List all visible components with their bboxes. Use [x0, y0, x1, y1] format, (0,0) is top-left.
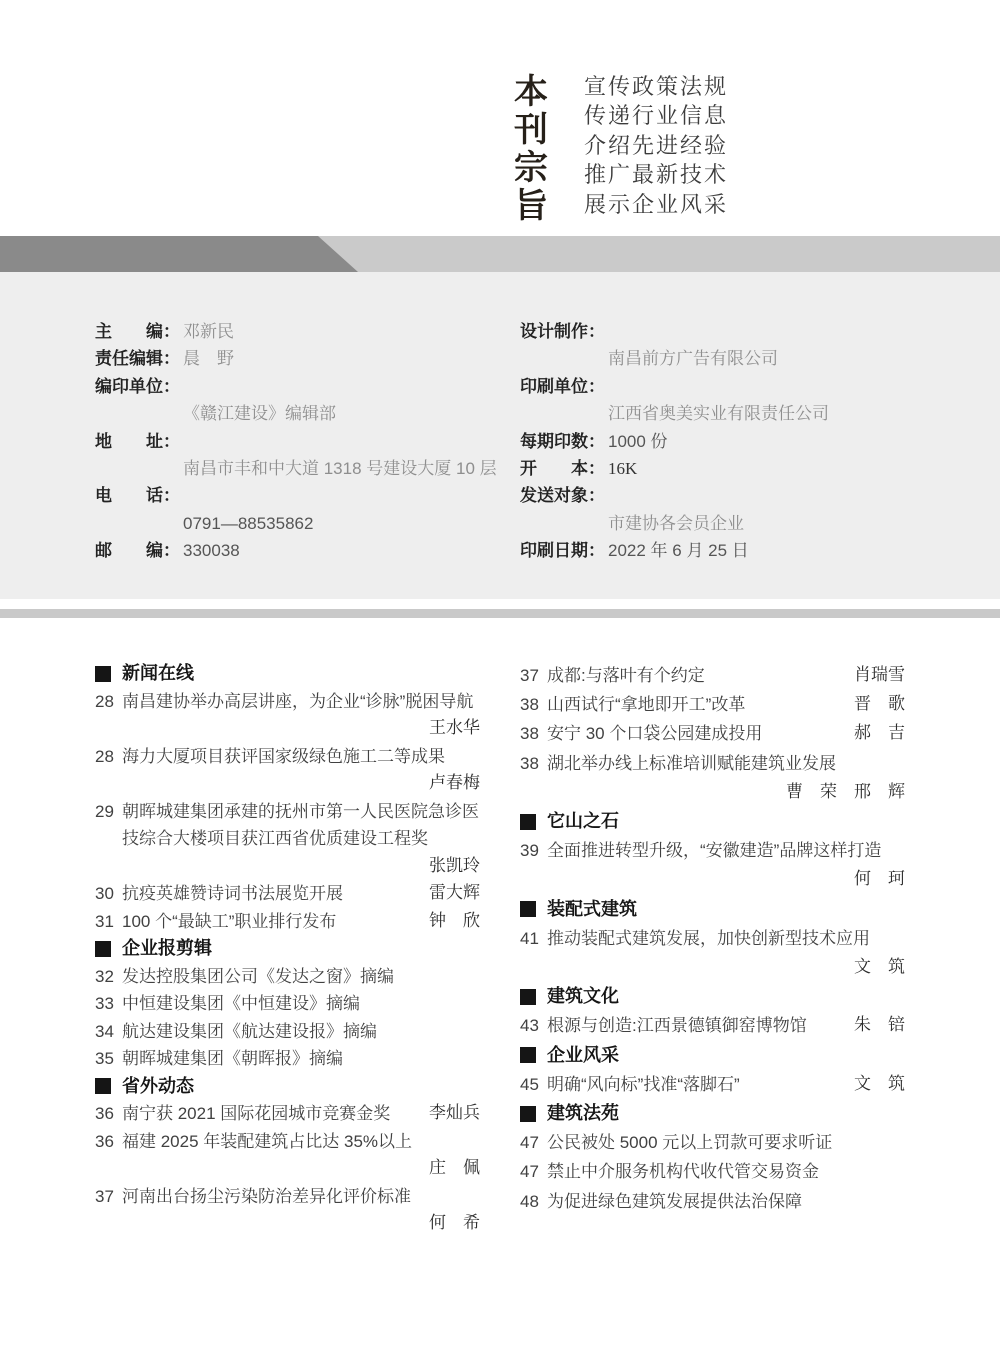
masthead-value: 南昌前方广告有限公司 — [608, 349, 778, 368]
masthead-value: 南昌市丰和中大道 1318 号建设大厦 10 层 — [183, 459, 497, 478]
toc-entry: 35朝晖城建集团《朝晖报》摘编 — [95, 1045, 480, 1073]
entry-title: 航达建设集团《航达建设报》摘编 — [122, 1018, 480, 1046]
entry-title: 中恒建设集团《中恒建设》摘编 — [122, 990, 480, 1018]
section-square-icon — [520, 901, 536, 917]
section-square-icon — [95, 666, 111, 682]
masthead-left-column: 主 编：邓新民责任编辑：晨 野编印单位：《赣江建设》编辑部地 址：南昌市丰和中大… — [95, 318, 505, 565]
section-square-icon — [95, 941, 111, 957]
page-number: 35 — [95, 1045, 122, 1073]
entry-title: 湖北举办线上标准培训赋能建筑业发展 — [547, 749, 905, 778]
masthead-row-value: 江西省奥美实业有限责任公司 — [520, 400, 950, 427]
entry-author: 李灿兵 — [429, 1100, 480, 1128]
toc-entry: 47禁止中介服务机构代收代管交易资金 — [520, 1157, 905, 1186]
toc-entry: 37河南出台扬尘污染防治差异化评价标准 — [95, 1183, 480, 1211]
toc-entry: 32发达控股集团公司《发达之窗》摘编 — [95, 963, 480, 991]
toc-entry: 45明确“风向标”找准“落脚石”文 筑 — [520, 1070, 905, 1099]
masthead-label: 邮 编： — [95, 541, 180, 560]
toc-entry: 28南昌建协举办高层讲座，为企业“诊脉”脱困导航 — [95, 688, 480, 716]
masthead-right-column: 设计制作：南昌前方广告有限公司印刷单位：江西省奥美实业有限责任公司每期印数：10… — [520, 318, 950, 565]
toc-section-header: 装配式建筑 — [520, 895, 905, 924]
entry-title: 安宁 30 个口袋公园建成投用 — [547, 719, 848, 748]
page-number: 47 — [520, 1157, 547, 1186]
motto-title-char: 宗 — [514, 150, 548, 186]
masthead-label: 电 话： — [95, 486, 180, 505]
toc-section-header: 企业报剪辑 — [95, 935, 480, 963]
toc-right-column: 37成都:与落叶有个约定肖瑞雪38山西试行“拿地即开工”改革晋 歌38安宁 30… — [520, 661, 905, 1216]
entry-title: 朝晖城建集团承建的抚州市第一人民医院急诊医技综合大楼项目获江西省优质建设工程奖 — [122, 798, 480, 853]
toc-entry: 36福建 2025 年装配建筑占比达 35%以上 — [95, 1128, 480, 1156]
masthead-row: 印刷单位： — [520, 373, 950, 400]
entry-author: 郝 吉 — [854, 719, 905, 748]
masthead-label: 责任编辑： — [95, 349, 180, 368]
section-square-icon — [520, 814, 536, 830]
masthead-value: 0791—88535862 — [183, 514, 313, 533]
toc-entry: 33中恒建设集团《中恒建设》摘编 — [95, 990, 480, 1018]
section-title: 建筑文化 — [547, 982, 619, 1011]
entry-author: 晋 歌 — [854, 690, 905, 719]
entry-title: 禁止中介服务机构代收代管交易资金 — [547, 1157, 905, 1186]
page-number: 45 — [520, 1070, 547, 1099]
toc-section-header: 企业风采 — [520, 1041, 905, 1070]
entry-title: 山西试行“拿地即开工”改革 — [547, 690, 848, 719]
entry-title: 根源与创造:江西景德镇御窑博物馆 — [547, 1011, 848, 1040]
masthead-row-value: 市建协各会员企业 — [520, 510, 950, 537]
masthead-row-value: 0791—88535862 — [95, 510, 505, 537]
toc-entry: 41推动装配式建筑发展，加快创新型技术应用 — [520, 924, 905, 953]
page-number: 28 — [95, 743, 122, 771]
motto-line: 展示企业风采 — [584, 190, 728, 219]
toc-left-column: 新闻在线28南昌建协举办高层讲座，为企业“诊脉”脱困导航王水华28海力大厦项目获… — [95, 660, 480, 1238]
masthead-row: 每期印数：1000 份 — [520, 428, 950, 455]
entry-author: 曹 荣 邢 辉 — [520, 778, 905, 807]
masthead-label: 开 本： — [520, 459, 605, 478]
page-number: 38 — [520, 690, 547, 719]
masthead-value: 市建协各会员企业 — [608, 514, 744, 533]
section-title: 建筑法苑 — [547, 1099, 619, 1128]
masthead-row-value: 南昌市丰和中大道 1318 号建设大厦 10 层 — [95, 455, 505, 482]
entry-author: 庄 佩 — [95, 1155, 480, 1183]
section-title: 企业报剪辑 — [122, 935, 212, 963]
magazine-toc-page: 本刊宗旨 宣传政策法规传递行业信息介绍先进经验推广最新技术展示企业风采 主 编：… — [0, 0, 1000, 1347]
divider-strip — [0, 609, 1000, 618]
masthead-label: 印刷单位： — [520, 377, 605, 396]
entry-title: 为促进绿色建筑发展提供法治保障 — [547, 1187, 905, 1216]
section-title: 省外动态 — [122, 1073, 194, 1101]
page-number: 36 — [95, 1100, 122, 1128]
masthead-label: 设计制作： — [520, 322, 605, 341]
masthead-row: 编印单位： — [95, 373, 505, 400]
toc-entry: 28海力大厦项目获评国家级绿色施工二等成果 — [95, 743, 480, 771]
entry-title: 明确“风向标”找准“落脚石” — [547, 1070, 848, 1099]
entry-author: 文 筑 — [854, 1070, 905, 1099]
section-title: 它山之石 — [547, 807, 619, 836]
page-number: 47 — [520, 1128, 547, 1157]
toc-entry: 37成都:与落叶有个约定肖瑞雪 — [520, 661, 905, 690]
entry-title: 抗疫英雄赞诗词书法展览开展 — [122, 880, 423, 908]
masthead-label: 主 编： — [95, 322, 180, 341]
banner-dark-trapezoid — [0, 236, 360, 272]
masthead-value: 16K — [608, 459, 637, 478]
masthead-value: 330038 — [183, 541, 240, 560]
toc-section-header: 建筑文化 — [520, 982, 905, 1011]
page-number: 38 — [520, 749, 547, 778]
toc-entry: 31100 个“最缺工”职业排行发布钟 欣 — [95, 908, 480, 936]
page-number: 32 — [95, 963, 122, 991]
masthead-row: 设计制作： — [520, 318, 950, 345]
entry-title: 100 个“最缺工”职业排行发布 — [122, 908, 423, 936]
motto-title-char: 刊 — [514, 112, 548, 148]
entry-title: 朝晖城建集团《朝晖报》摘编 — [122, 1045, 480, 1073]
page-number: 48 — [520, 1187, 547, 1216]
toc-entry: 39全面推进转型升级，“安徽建造”品牌这样打造 — [520, 836, 905, 865]
motto-vertical-title: 本刊宗旨 — [514, 74, 548, 224]
page-number: 28 — [95, 688, 122, 716]
masthead-value: 江西省奥美实业有限责任公司 — [608, 404, 829, 423]
section-square-icon — [520, 989, 536, 1005]
toc-entry: 34航达建设集团《航达建设报》摘编 — [95, 1018, 480, 1046]
entry-title: 发达控股集团公司《发达之窗》摘编 — [122, 963, 480, 991]
entry-title: 全面推进转型升级，“安徽建造”品牌这样打造 — [547, 836, 905, 865]
toc-entry: 38安宁 30 个口袋公园建成投用郝 吉 — [520, 719, 905, 748]
masthead-row: 印刷日期：2022 年 6 月 25 日 — [520, 537, 950, 564]
toc-entry: 47公民被处 5000 元以上罚款可要求听证 — [520, 1128, 905, 1157]
page-number: 39 — [520, 836, 547, 865]
masthead-value: 《赣江建设》编辑部 — [183, 404, 336, 423]
masthead-label: 印刷日期： — [520, 541, 605, 560]
entry-author: 何 希 — [95, 1210, 480, 1238]
masthead-row: 主 编：邓新民 — [95, 318, 505, 345]
banner-bar — [0, 236, 1000, 272]
page-number: 29 — [95, 798, 122, 826]
motto-title-char: 本 — [514, 74, 548, 110]
motto-title-char: 旨 — [514, 188, 548, 224]
entry-title: 福建 2025 年装配建筑占比达 35%以上 — [122, 1128, 480, 1156]
toc-entry: 38湖北举办线上标准培训赋能建筑业发展 — [520, 749, 905, 778]
toc-entry: 38山西试行“拿地即开工”改革晋 歌 — [520, 690, 905, 719]
motto-line: 介绍先进经验 — [584, 131, 728, 160]
toc-section-header: 新闻在线 — [95, 660, 480, 688]
section-square-icon — [520, 1047, 536, 1063]
page-number: 33 — [95, 990, 122, 1018]
masthead-value: 邓新民 — [183, 322, 234, 341]
entry-author: 张凯玲 — [95, 853, 480, 881]
toc-entry: 36南宁获 2021 国际花园城市竞赛金奖李灿兵 — [95, 1100, 480, 1128]
page-number: 38 — [520, 719, 547, 748]
page-number: 30 — [95, 880, 122, 908]
page-number: 37 — [95, 1183, 122, 1211]
entry-author: 肖瑞雪 — [854, 661, 905, 690]
page-number: 36 — [95, 1128, 122, 1156]
masthead-row: 地 址： — [95, 428, 505, 455]
toc-section-header: 它山之石 — [520, 807, 905, 836]
page-number: 34 — [95, 1018, 122, 1046]
masthead-row: 开 本：16K — [520, 455, 950, 482]
section-title: 企业风采 — [547, 1041, 619, 1070]
motto-lines: 宣传政策法规传递行业信息介绍先进经验推广最新技术展示企业风采 — [584, 72, 728, 219]
toc-entry: 48为促进绿色建筑发展提供法治保障 — [520, 1187, 905, 1216]
masthead-row: 发送对象： — [520, 482, 950, 509]
toc-entry: 43根源与创造:江西景德镇御窑博物馆朱 锫 — [520, 1011, 905, 1040]
toc-entry: 29朝晖城建集团承建的抚州市第一人民医院急诊医技综合大楼项目获江西省优质建设工程… — [95, 798, 480, 853]
masthead-label: 编印单位： — [95, 377, 180, 396]
motto-line: 传递行业信息 — [584, 101, 728, 130]
masthead-label: 每期印数： — [520, 432, 605, 451]
entry-author: 文 筑 — [520, 953, 905, 982]
masthead-row: 电 话： — [95, 482, 505, 509]
toc-entry: 30抗疫英雄赞诗词书法展览开展雷大辉 — [95, 880, 480, 908]
entry-author: 朱 锫 — [854, 1011, 905, 1040]
entry-title: 南宁获 2021 国际花园城市竞赛金奖 — [122, 1100, 423, 1128]
entry-title: 河南出台扬尘污染防治差异化评价标准 — [122, 1183, 480, 1211]
entry-author: 何 珂 — [520, 865, 905, 894]
entry-author: 雷大辉 — [429, 880, 480, 908]
entry-author: 王水华 — [95, 715, 480, 743]
entry-title: 推动装配式建筑发展，加快创新型技术应用 — [547, 924, 905, 953]
masthead-row: 邮 编：330038 — [95, 537, 505, 564]
motto-line: 推广最新技术 — [584, 160, 728, 189]
masthead-box: 主 编：邓新民责任编辑：晨 野编印单位：《赣江建设》编辑部地 址：南昌市丰和中大… — [0, 272, 1000, 599]
masthead-row-value: 《赣江建设》编辑部 — [95, 400, 505, 427]
entry-author: 钟 欣 — [429, 908, 480, 936]
toc-section-header: 建筑法苑 — [520, 1099, 905, 1128]
entry-title: 公民被处 5000 元以上罚款可要求听证 — [547, 1128, 905, 1157]
section-square-icon — [95, 1078, 111, 1094]
page-number: 31 — [95, 908, 122, 936]
entry-author: 卢春梅 — [95, 770, 480, 798]
entry-title: 海力大厦项目获评国家级绿色施工二等成果 — [122, 743, 480, 771]
masthead-row: 责任编辑：晨 野 — [95, 345, 505, 372]
masthead-row-value: 南昌前方广告有限公司 — [520, 345, 950, 372]
entry-title: 成都:与落叶有个约定 — [547, 661, 848, 690]
section-title: 装配式建筑 — [547, 895, 637, 924]
section-square-icon — [520, 1106, 536, 1122]
motto-line: 宣传政策法规 — [584, 72, 728, 101]
masthead-value: 晨 野 — [183, 349, 234, 368]
page-number: 43 — [520, 1011, 547, 1040]
page-number: 41 — [520, 924, 547, 953]
toc-section-header: 省外动态 — [95, 1073, 480, 1101]
page-number: 37 — [520, 661, 547, 690]
masthead-label: 地 址： — [95, 432, 180, 451]
section-title: 新闻在线 — [122, 660, 194, 688]
masthead-label: 发送对象： — [520, 486, 605, 505]
masthead-value: 1000 份 — [608, 432, 668, 451]
masthead-value: 2022 年 6 月 25 日 — [608, 541, 749, 560]
entry-title: 南昌建协举办高层讲座，为企业“诊脉”脱困导航 — [122, 688, 480, 716]
